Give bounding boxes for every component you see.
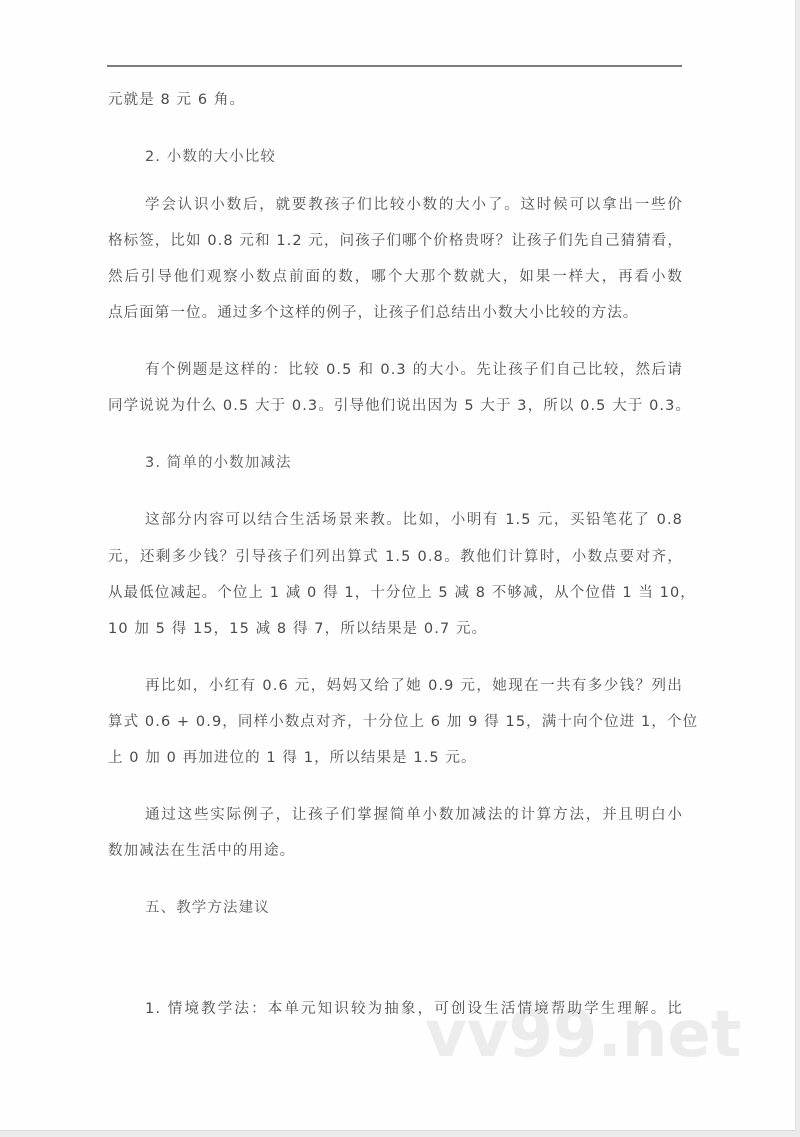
text-line: 1. 情境教学法：本单元知识较为抽象，可创设生活情境帮助学生理解。比 [145, 999, 683, 1019]
text-line: 元，还剩多少钱？引导孩子们列出算式 1.5 0.8。教他们计算时，小数点要对齐， [108, 547, 683, 567]
text-line: 10 加 5 得 15，15 减 8 得 7，所以结果是 0.7 元。 [108, 619, 683, 639]
section-heading-2: 2. 小数的大小比较 [145, 147, 720, 167]
text-line: 同学说说为什么 0.5 大于 0.3。引导他们说出因为 5 大于 3，所以 0.… [108, 396, 683, 416]
text-line: 从最低位减起。个位上 1 减 0 得 1，十分位上 5 减 8 不够减，从个位借… [108, 583, 683, 603]
text-line: 上 0 加 0 再加进位的 1 得 1，所以结果是 1.5 元。 [108, 748, 683, 768]
text-line: 算式 0.6 + 0.9，同样小数点对齐，十分位上 6 加 9 得 15，满十向… [108, 712, 683, 732]
text-line: 元就是 8 元 6 角。 [108, 90, 683, 110]
section-heading-3: 3. 简单的小数加减法 [145, 453, 720, 473]
text-line: 这部分内容可以结合生活场景来教。比如，小明有 1.5 元，买铅笔花了 0.8 [145, 510, 683, 530]
text-line: 数加减法在生活中的用途。 [108, 841, 683, 861]
text-line: 再比如，小红有 0.6 元，妈妈又给了她 0.9 元，她现在一共有多少钱？列出 [145, 676, 683, 696]
header-rule [107, 65, 682, 67]
document-page: 元就是 8 元 6 角。 2. 小数的大小比较 学会认识小数后，就要教孩子们比较… [0, 0, 796, 1131]
text-line: 学会认识小数后，就要教孩子们比较小数的大小了。这时候可以拿出一些价 [145, 195, 683, 215]
text-line: 格标签，比如 0.8 元和 1.2 元，问孩子们哪个价格贵呀？让孩子们先自己猜猜… [108, 231, 683, 251]
section-heading-5: 五、教学方法建议 [145, 898, 720, 918]
text-line: 然后引导他们观察小数点前面的数，哪个大那个数就大，如果一样大，再看小数 [108, 267, 683, 287]
text-line: 点后面第一位。通过多个这样的例子，让孩子们总结出小数大小比较的方法。 [108, 303, 683, 323]
text-line: 有个例题是这样的：比较 0.5 和 0.3 的大小。先让孩子们自己比较，然后请 [145, 360, 683, 380]
text-line: 通过这些实际例子，让孩子们掌握简单小数加减法的计算方法，并且明白小 [145, 805, 683, 825]
